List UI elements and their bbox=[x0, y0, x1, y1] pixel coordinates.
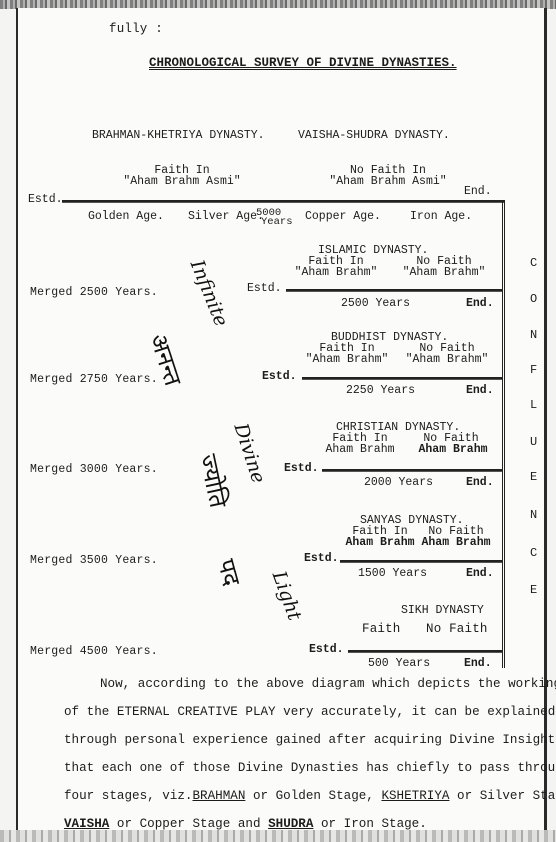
emphasis-eternal-creative-play: ETERNAL CREATIVE PLAY bbox=[117, 705, 276, 719]
merged-label: Merged 3000 Years. bbox=[30, 463, 158, 476]
handwritten-hindi-jyoti: ज्योति bbox=[192, 451, 235, 510]
estd-label: Estd. bbox=[262, 371, 297, 382]
faith-in-object: "Aham Brahm" bbox=[286, 267, 386, 278]
confluence-letter: L bbox=[530, 398, 537, 412]
left-faith-line2: "Aham Brahm Asmi" bbox=[112, 176, 252, 187]
estd-label: Estd. bbox=[247, 283, 282, 294]
end-label: End. bbox=[466, 477, 494, 488]
merged-label: Merged 3500 Years. bbox=[30, 554, 158, 567]
end-label: End. bbox=[466, 298, 494, 309]
age-golden: Golden Age. bbox=[88, 211, 164, 222]
confluence-letter: E bbox=[530, 583, 537, 597]
document-page: fully : CHRONOLOGICAL SURVEY OF DIVINE D… bbox=[16, 8, 547, 830]
years-label: 2500 Years bbox=[341, 298, 410, 309]
diagram-right-border bbox=[502, 200, 505, 668]
text-run: very accurately, it can be explained bbox=[276, 705, 556, 719]
dynasty-timeline bbox=[348, 650, 502, 653]
estd-label: Estd. bbox=[284, 463, 319, 474]
age-silver: Silver Age. bbox=[188, 211, 264, 222]
paragraph-line-2: of the ETERNAL CREATIVE PLAY very accura… bbox=[64, 698, 555, 726]
dynasty-timeline bbox=[302, 377, 502, 380]
paragraph-line-5: four stages, viz.BRAHMAN or Golden Stage… bbox=[64, 782, 556, 810]
vaisha-shudra-heading: VAISHA-SHUDRA DYNASTY. bbox=[298, 130, 450, 141]
handwritten-divine: Divine bbox=[230, 421, 270, 486]
confluence-letter: C bbox=[530, 256, 537, 270]
main-end-label: End. bbox=[464, 186, 492, 197]
confluence-letter: U bbox=[530, 435, 537, 449]
text-run: or Iron Stage. bbox=[313, 817, 426, 831]
term-shudra: SHUDRA bbox=[268, 817, 313, 831]
term-vaisha: VAISHA bbox=[64, 817, 109, 831]
confluence-letter: O bbox=[530, 292, 537, 306]
merged-label: Merged 2750 Years. bbox=[30, 373, 158, 386]
continuation-text: fully : bbox=[109, 22, 163, 36]
no-faith-object: "Aham Brahm" bbox=[402, 354, 492, 365]
paragraph-line-1: Now, according to the above diagram whic… bbox=[100, 670, 556, 698]
text-run: of the bbox=[64, 705, 117, 719]
dynasty-timeline bbox=[286, 289, 502, 292]
term-brahman: BRAHMAN bbox=[192, 789, 245, 803]
faith-in-label: Faith bbox=[362, 622, 401, 636]
no-faith-label: No Faith bbox=[426, 622, 488, 636]
years-label: 2000 Years bbox=[364, 477, 433, 488]
dynasty-timeline bbox=[322, 469, 502, 472]
main-estd-label: Estd. bbox=[28, 194, 63, 205]
duration-unit: Years bbox=[261, 217, 293, 228]
faith-in-object: Aham Brahm bbox=[320, 444, 400, 455]
end-label: End. bbox=[466, 568, 494, 579]
age-copper: Copper Age. bbox=[305, 211, 381, 222]
faith-in-object: Aham Brahm bbox=[340, 537, 420, 548]
merged-label: Merged 4500 Years. bbox=[30, 645, 158, 658]
estd-label: Estd. bbox=[309, 644, 344, 655]
page-title: CHRONOLOGICAL SURVEY OF DIVINE DYNASTIES… bbox=[149, 56, 457, 70]
scan-bottom-edge bbox=[0, 830, 556, 842]
end-label: End. bbox=[466, 385, 494, 396]
confluence-letter: N bbox=[530, 328, 537, 342]
term-kshetriya: KSHETRIYA bbox=[381, 789, 449, 803]
confluence-letter: C bbox=[530, 546, 537, 560]
text-run: four stages, viz. bbox=[64, 789, 192, 803]
confluence-letter: E bbox=[530, 470, 537, 484]
paragraph-line-3: through personal experience gained after… bbox=[64, 726, 555, 754]
handwritten-light: Light bbox=[268, 568, 306, 623]
no-faith-object: Aham Brahm bbox=[416, 537, 496, 548]
dynasty-timeline bbox=[340, 560, 502, 563]
end-label: End. bbox=[464, 658, 492, 669]
years-label: 500 Years bbox=[368, 658, 430, 669]
merged-label: Merged 2500 Years. bbox=[30, 286, 158, 299]
handwritten-infinite: Infinite bbox=[186, 257, 232, 330]
dynasty-name: SIKH DYNASTY bbox=[401, 605, 484, 616]
handwritten-hindi-pad: पद bbox=[210, 555, 249, 589]
paragraph-line-4: that each one of those Divine Dynasties … bbox=[64, 754, 556, 782]
years-label: 2250 Years bbox=[346, 385, 415, 396]
main-timeline bbox=[62, 200, 504, 203]
confluence-letter: N bbox=[530, 508, 537, 522]
confluence-letter: F bbox=[530, 363, 537, 377]
right-faith-line2: "Aham Brahm Asmi" bbox=[318, 176, 458, 187]
estd-label: Estd. bbox=[304, 553, 339, 564]
years-label: 1500 Years bbox=[358, 568, 427, 579]
faith-in-object: "Aham Brahm" bbox=[302, 354, 392, 365]
text-run: or Silver Stage, bbox=[449, 789, 556, 803]
text-run: or Golden Stage, bbox=[245, 789, 381, 803]
no-faith-object: "Aham Brahm" bbox=[394, 267, 494, 278]
text-run: or Copper Stage and bbox=[109, 817, 268, 831]
age-iron: Iron Age. bbox=[410, 211, 472, 222]
brahman-khetriya-heading: BRAHMAN-KHETRIYA DYNASTY. bbox=[92, 130, 265, 141]
no-faith-object: Aham Brahm bbox=[411, 444, 495, 455]
